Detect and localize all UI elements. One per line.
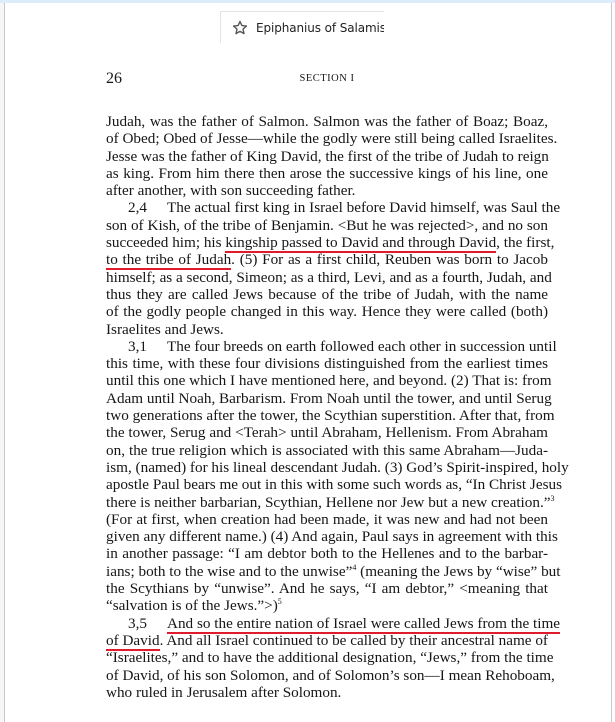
text-line: Adam until Noah, Barbarism. From Noah un… [106, 390, 548, 407]
left-panel-edge [0, 3, 5, 722]
text-line: succeeded him; his kingship passed to Da… [106, 234, 548, 251]
section-number: 3,1 [128, 338, 167, 355]
text-line: there is neither barbarian, Scythian, He… [106, 494, 548, 511]
text-line: himself; as a second, Simeon; as a third… [106, 269, 548, 286]
star-icon[interactable] [232, 20, 248, 36]
text-line: (For at first, when creation had been ma… [106, 511, 548, 528]
scrollbar[interactable] [611, 3, 615, 722]
text-line: Judah, was the father of Salmon. Salmon … [106, 113, 548, 130]
paragraph-2-4-start: 2,4The actual first king in Israel befor… [106, 199, 548, 216]
body-text: Judah, was the father of Salmon. Salmon … [106, 113, 548, 701]
text-line: son of Kish, of the tribe of Benjamin. <… [106, 217, 548, 234]
document-tab[interactable]: Epiphanius of Salamis [220, 11, 384, 43]
highlight-underline: to the tribe of Judah [106, 251, 231, 270]
text-line: who ruled in Jerusalem after Solomon. [106, 684, 548, 701]
text-line: thus they are called Jews because of the… [106, 286, 548, 303]
text-line: of David, of his son Solomon, and of Sol… [106, 667, 548, 684]
text-line: given any different name.) (4) And again… [106, 528, 548, 545]
text-line: apostle Paul bears me out in this with s… [106, 476, 548, 493]
paragraph-3-5-start: 3,5And so the entire nation of Israel we… [106, 615, 548, 632]
text-line: after another, with son succeeding fathe… [106, 182, 548, 199]
text-line: this time, with these four divisions dis… [106, 355, 548, 372]
text-line: two generations after the tower, the Scy… [106, 407, 548, 424]
section-number: 2,4 [128, 199, 167, 216]
text-line: until this one which I have mentioned he… [106, 372, 548, 389]
text-line: in another passage: “I am debtor both to… [106, 545, 548, 562]
paragraph-3-1-start: 3,1The four breeds on earth followed eac… [106, 338, 548, 355]
highlight-underline: kingship passed to David and through Dav… [225, 234, 496, 253]
text-line: ians; both to the wise and to the unwise… [106, 563, 548, 580]
section-number: 3,5 [128, 615, 167, 632]
text-line: on, the true religion which is associate… [106, 442, 548, 459]
text-line: “Israelites,” and to have the additional… [106, 649, 548, 666]
text-line: as king. From him there then arose the s… [106, 165, 548, 182]
footnote-ref[interactable]: 3 [550, 493, 554, 502]
text-line: of Obed; Obed of Jesse—while the godly w… [106, 130, 548, 147]
text-line: to the tribe of Judah. (5) For as a firs… [106, 251, 548, 268]
text-line: the Scythians by “unwise”. And he says, … [106, 580, 548, 597]
text-line: the tower, Serug and <Terah> until Abrah… [106, 424, 548, 441]
highlight-underline: And so the entire nation of Israel were … [167, 615, 560, 634]
highlight-underline: of David [106, 632, 160, 651]
footnote-ref[interactable]: 4 [352, 563, 356, 572]
window-top-strip [0, 0, 615, 3]
running-header: 26 SECTION I [106, 70, 548, 90]
tab-title: Epiphanius of Salamis [256, 21, 384, 35]
text-line: of the godly people changed in this way.… [106, 303, 548, 320]
running-head-title: SECTION I [106, 73, 548, 84]
text-line: Jesse was the father of King David, the … [106, 148, 548, 165]
text-line: “salvation is of the Jews.”>)5 [106, 597, 548, 614]
footnote-ref[interactable]: 5 [278, 597, 282, 606]
document-page: 26 SECTION I Judah, was the father of Sa… [106, 70, 548, 701]
text-line: of David. And all Israel continued to be… [106, 632, 548, 649]
text-line: ism, (named) for his lineal descendant J… [106, 459, 548, 476]
text-line: Israelites and Jews. [106, 321, 548, 338]
